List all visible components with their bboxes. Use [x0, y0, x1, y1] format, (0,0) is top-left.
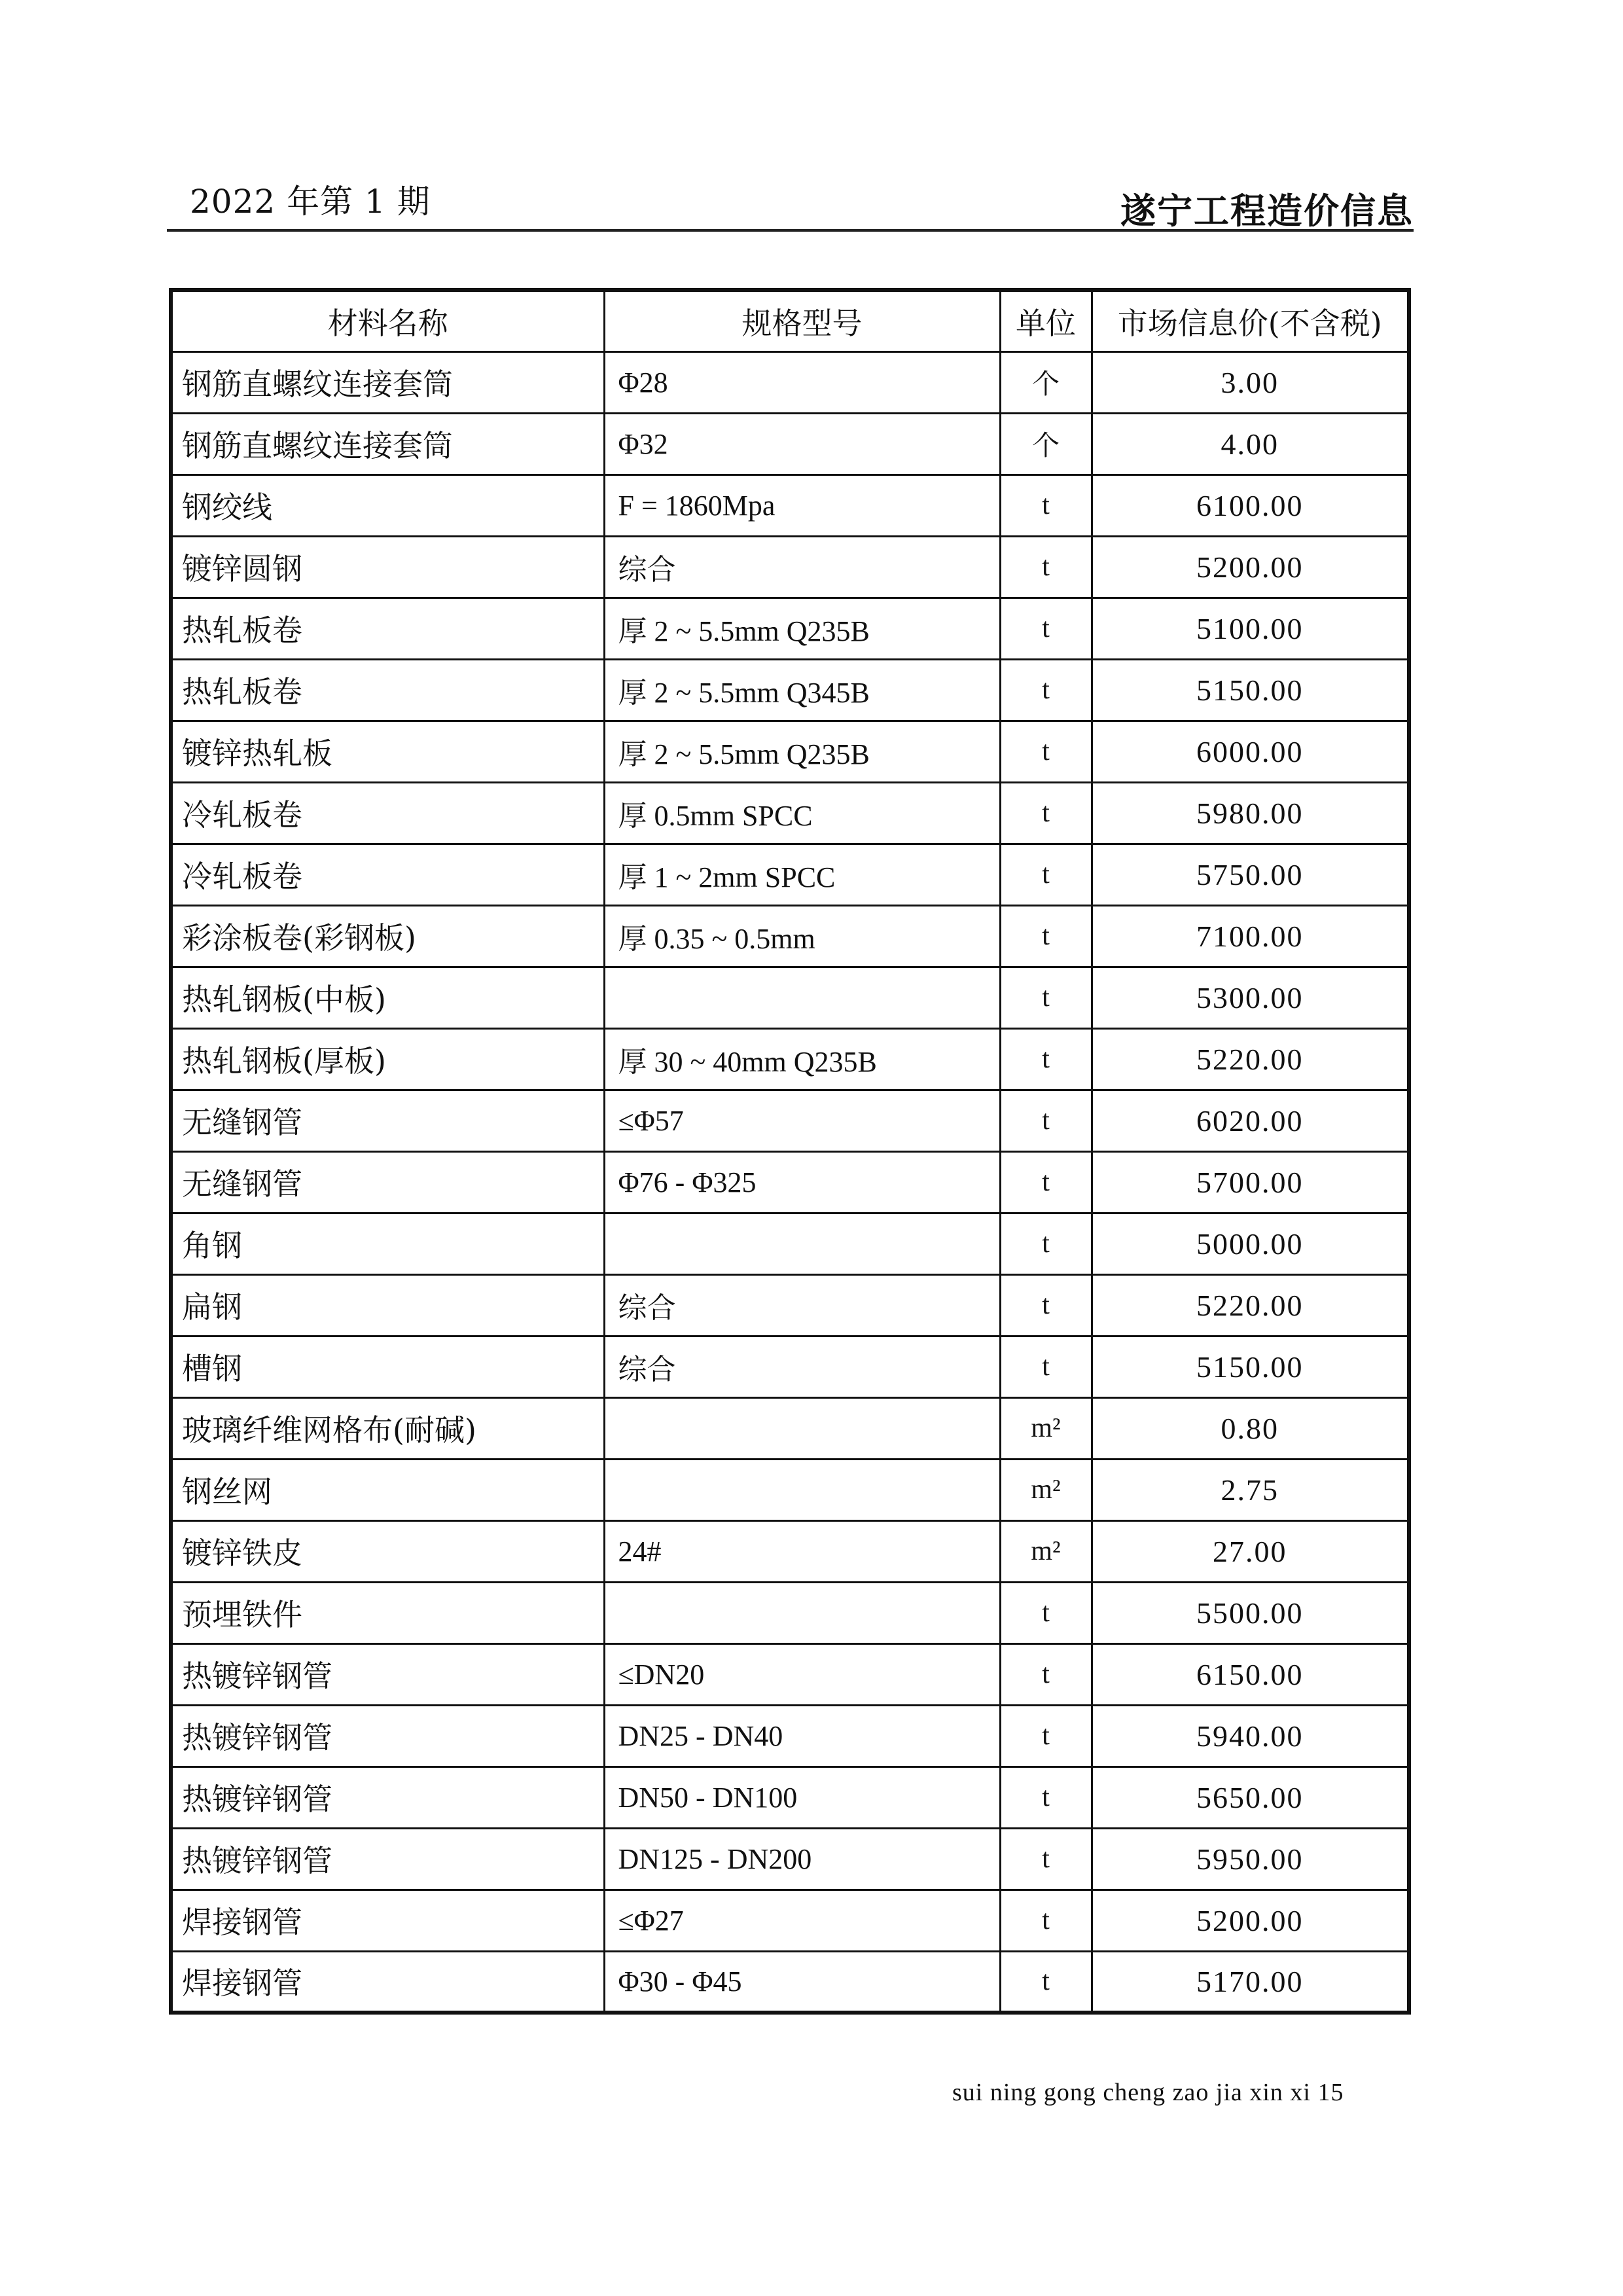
- specification-cell: ≤Φ57: [604, 1090, 1000, 1151]
- specification-cell: 厚 2 ~ 5.5mm Q345B: [604, 659, 1000, 721]
- price-cell: 6020.00: [1092, 1090, 1409, 1151]
- unit-cell: t: [1000, 1090, 1092, 1151]
- issue-label: 2022 年第 1 期: [190, 175, 431, 223]
- table-row: 钢筋直螺纹连接套筒Φ28个3.00: [171, 351, 1409, 413]
- table-row: 热轧钢板(厚板)厚 30 ~ 40mm Q235Bt5220.00: [171, 1028, 1409, 1090]
- material-name-cell: 扁钢: [171, 1274, 604, 1336]
- table-row: 钢丝网m²2.75: [171, 1459, 1409, 1520]
- specification-cell: [604, 967, 1000, 1028]
- price-cell: 6100.00: [1092, 475, 1409, 536]
- material-price-table: 材料名称 规格型号 单位 市场信息价(不含税) 钢筋直螺纹连接套筒Φ28个3.0…: [169, 288, 1411, 2015]
- column-header-market-price: 市场信息价(不含税): [1092, 290, 1409, 351]
- price-cell: 5220.00: [1092, 1028, 1409, 1090]
- unit-cell: t: [1000, 1582, 1092, 1643]
- specification-cell: F = 1860Mpa: [604, 475, 1000, 536]
- table-row: 预埋铁件t5500.00: [171, 1582, 1409, 1643]
- material-name-cell: 钢筋直螺纹连接套筒: [171, 413, 604, 475]
- material-name-cell: 热轧钢板(厚板): [171, 1028, 604, 1090]
- specification-cell: 厚 1 ~ 2mm SPCC: [604, 844, 1000, 905]
- price-cell: 5700.00: [1092, 1151, 1409, 1213]
- specification-cell: 厚 2 ~ 5.5mm Q235B: [604, 721, 1000, 782]
- material-name-cell: 热镀锌钢管: [171, 1767, 604, 1828]
- table-row: 热镀锌钢管≤DN20t6150.00: [171, 1643, 1409, 1705]
- unit-cell: t: [1000, 536, 1092, 598]
- table-row: 焊接钢管≤Φ27t5200.00: [171, 1890, 1409, 1951]
- header-divider: [167, 229, 1414, 232]
- price-cell: 5950.00: [1092, 1828, 1409, 1890]
- unit-cell: m²: [1000, 1520, 1092, 1582]
- material-name-cell: 冷轧板卷: [171, 844, 604, 905]
- material-name-cell: 预埋铁件: [171, 1582, 604, 1643]
- material-name-cell: 钢绞线: [171, 475, 604, 536]
- material-name-cell: 无缝钢管: [171, 1090, 604, 1151]
- specification-cell: [604, 1213, 1000, 1274]
- material-name-cell: 无缝钢管: [171, 1151, 604, 1213]
- price-cell: 6000.00: [1092, 721, 1409, 782]
- specification-cell: Φ28: [604, 351, 1000, 413]
- price-cell: 5750.00: [1092, 844, 1409, 905]
- price-cell: 5000.00: [1092, 1213, 1409, 1274]
- specification-cell: ≤DN20: [604, 1643, 1000, 1705]
- price-cell: 5150.00: [1092, 1336, 1409, 1397]
- unit-cell: t: [1000, 844, 1092, 905]
- table-row: 镀锌铁皮24#m²27.00: [171, 1520, 1409, 1582]
- specification-cell: 综合: [604, 536, 1000, 598]
- table-row: 镀锌圆钢综合t5200.00: [171, 536, 1409, 598]
- material-name-cell: 钢丝网: [171, 1459, 604, 1520]
- table-row: 钢绞线F = 1860Mpat6100.00: [171, 475, 1409, 536]
- specification-cell: DN25 - DN40: [604, 1705, 1000, 1767]
- unit-cell: t: [1000, 1828, 1092, 1890]
- unit-cell: t: [1000, 905, 1092, 967]
- table-row: 扁钢综合t5220.00: [171, 1274, 1409, 1336]
- column-header-unit: 单位: [1000, 290, 1092, 351]
- material-name-cell: 热轧板卷: [171, 659, 604, 721]
- price-cell: 5650.00: [1092, 1767, 1409, 1828]
- unit-cell: t: [1000, 1274, 1092, 1336]
- table-row: 玻璃纤维网格布(耐碱)m²0.80: [171, 1397, 1409, 1459]
- table-row: 热轧钢板(中板)t5300.00: [171, 967, 1409, 1028]
- material-name-cell: 角钢: [171, 1213, 604, 1274]
- unit-cell: t: [1000, 1336, 1092, 1397]
- material-name-cell: 镀锌热轧板: [171, 721, 604, 782]
- price-cell: 2.75: [1092, 1459, 1409, 1520]
- running-title: sui ning gong cheng zao jia xin xi: [952, 2079, 1311, 2106]
- price-cell: 5170.00: [1092, 1951, 1409, 2013]
- specification-cell: 综合: [604, 1274, 1000, 1336]
- specification-cell: [604, 1397, 1000, 1459]
- unit-cell: t: [1000, 1213, 1092, 1274]
- unit-cell: t: [1000, 1767, 1092, 1828]
- material-name-cell: 热镀锌钢管: [171, 1643, 604, 1705]
- specification-cell: 厚 0.5mm SPCC: [604, 782, 1000, 844]
- unit-cell: t: [1000, 1951, 1092, 2013]
- publication-title: 遂宁工程造价信息: [1120, 183, 1414, 234]
- unit-cell: t: [1000, 1643, 1092, 1705]
- unit-cell: t: [1000, 782, 1092, 844]
- price-cell: 5980.00: [1092, 782, 1409, 844]
- material-name-cell: 冷轧板卷: [171, 782, 604, 844]
- specification-cell: [604, 1459, 1000, 1520]
- table-row: 冷轧板卷厚 0.5mm SPCCt5980.00: [171, 782, 1409, 844]
- page-footer: sui ning gong cheng zao jia xin xi 15: [952, 2078, 1344, 2107]
- price-cell: 5220.00: [1092, 1274, 1409, 1336]
- specification-cell: 综合: [604, 1336, 1000, 1397]
- material-name-cell: 钢筋直螺纹连接套筒: [171, 351, 604, 413]
- column-header-specification: 规格型号: [604, 290, 1000, 351]
- table-row: 钢筋直螺纹连接套筒Φ32个4.00: [171, 413, 1409, 475]
- unit-cell: t: [1000, 967, 1092, 1028]
- price-cell: 4.00: [1092, 413, 1409, 475]
- table-row: 热镀锌钢管DN125 - DN200t5950.00: [171, 1828, 1409, 1890]
- price-cell: 5200.00: [1092, 536, 1409, 598]
- unit-cell: 个: [1000, 351, 1092, 413]
- table-row: 无缝钢管Φ76 - Φ325t5700.00: [171, 1151, 1409, 1213]
- unit-cell: t: [1000, 1705, 1092, 1767]
- material-name-cell: 热镀锌钢管: [171, 1705, 604, 1767]
- specification-cell: Φ32: [604, 413, 1000, 475]
- unit-cell: m²: [1000, 1459, 1092, 1520]
- table-row: 热轧板卷厚 2 ~ 5.5mm Q345Bt5150.00: [171, 659, 1409, 721]
- material-name-cell: 热轧钢板(中板): [171, 967, 604, 1028]
- page-number: 15: [1317, 2079, 1344, 2106]
- table-row: 镀锌热轧板厚 2 ~ 5.5mm Q235Bt6000.00: [171, 721, 1409, 782]
- material-name-cell: 镀锌铁皮: [171, 1520, 604, 1582]
- specification-cell: [604, 1582, 1000, 1643]
- table-row: 热镀锌钢管DN50 - DN100t5650.00: [171, 1767, 1409, 1828]
- unit-cell: t: [1000, 598, 1092, 659]
- specification-cell: 厚 2 ~ 5.5mm Q235B: [604, 598, 1000, 659]
- price-cell: 5200.00: [1092, 1890, 1409, 1951]
- unit-cell: t: [1000, 721, 1092, 782]
- material-name-cell: 热轧板卷: [171, 598, 604, 659]
- price-cell: 7100.00: [1092, 905, 1409, 967]
- material-name-cell: 镀锌圆钢: [171, 536, 604, 598]
- table-row: 角钢t5000.00: [171, 1213, 1409, 1274]
- specification-cell: Φ76 - Φ325: [604, 1151, 1000, 1213]
- material-name-cell: 焊接钢管: [171, 1951, 604, 2013]
- table-row: 冷轧板卷厚 1 ~ 2mm SPCCt5750.00: [171, 844, 1409, 905]
- unit-cell: t: [1000, 659, 1092, 721]
- material-name-cell: 彩涂板卷(彩钢板): [171, 905, 604, 967]
- unit-cell: t: [1000, 475, 1092, 536]
- material-name-cell: 焊接钢管: [171, 1890, 604, 1951]
- unit-cell: 个: [1000, 413, 1092, 475]
- specification-cell: Φ30 - Φ45: [604, 1951, 1000, 2013]
- table-row: 无缝钢管≤Φ57t6020.00: [171, 1090, 1409, 1151]
- price-cell: 5100.00: [1092, 598, 1409, 659]
- price-cell: 27.00: [1092, 1520, 1409, 1582]
- table-row: 彩涂板卷(彩钢板)厚 0.35 ~ 0.5mmt7100.00: [171, 905, 1409, 967]
- material-name-cell: 玻璃纤维网格布(耐碱): [171, 1397, 604, 1459]
- price-cell: 3.00: [1092, 351, 1409, 413]
- price-cell: 6150.00: [1092, 1643, 1409, 1705]
- table-row: 槽钢综合t5150.00: [171, 1336, 1409, 1397]
- table-row: 焊接钢管Φ30 - Φ45t5170.00: [171, 1951, 1409, 2013]
- table-row: 热镀锌钢管DN25 - DN40t5940.00: [171, 1705, 1409, 1767]
- unit-cell: m²: [1000, 1397, 1092, 1459]
- unit-cell: t: [1000, 1151, 1092, 1213]
- specification-cell: ≤Φ27: [604, 1890, 1000, 1951]
- price-cell: 5150.00: [1092, 659, 1409, 721]
- material-name-cell: 热镀锌钢管: [171, 1828, 604, 1890]
- price-cell: 0.80: [1092, 1397, 1409, 1459]
- price-cell: 5500.00: [1092, 1582, 1409, 1643]
- specification-cell: 厚 0.35 ~ 0.5mm: [604, 905, 1000, 967]
- specification-cell: DN50 - DN100: [604, 1767, 1000, 1828]
- specification-cell: DN125 - DN200: [604, 1828, 1000, 1890]
- table-row: 热轧板卷厚 2 ~ 5.5mm Q235Bt5100.00: [171, 598, 1409, 659]
- unit-cell: t: [1000, 1028, 1092, 1090]
- specification-cell: 厚 30 ~ 40mm Q235B: [604, 1028, 1000, 1090]
- price-cell: 5940.00: [1092, 1705, 1409, 1767]
- price-cell: 5300.00: [1092, 967, 1409, 1028]
- column-header-material-name: 材料名称: [171, 290, 604, 351]
- table-header-row: 材料名称 规格型号 单位 市场信息价(不含税): [171, 290, 1409, 351]
- unit-cell: t: [1000, 1890, 1092, 1951]
- material-name-cell: 槽钢: [171, 1336, 604, 1397]
- specification-cell: 24#: [604, 1520, 1000, 1582]
